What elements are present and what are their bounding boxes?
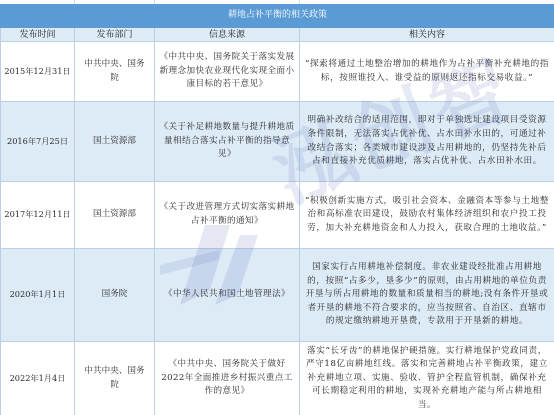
policy-table-sheet: 耕地占补平衡的相关政策 发布时间 发布部门 信息来源 相关内容 2015年12月… xyxy=(0,0,554,415)
cell-content: “积极创新实施方式，吸引社会资本、金融资本等参与土地整治和高标准农田建设，鼓励农… xyxy=(300,182,554,249)
table-row: 2017年12月11日 国土资源部 《关于改进管理方式切实落实耕地占补平衡的通知… xyxy=(1,182,554,249)
cell-source: 《中共中央、国务院关于做好2022年全面推进乡村振兴重点工作的意见》 xyxy=(155,342,300,415)
table-title: 耕地占补平衡的相关政策 xyxy=(1,5,554,28)
cell-date: 2022年1月4日 xyxy=(1,342,75,415)
table-row: 2022年1月4日 中共中央、国务院 《中共中央、国务院关于做好2022年全面推… xyxy=(1,342,554,415)
table-title-row: 耕地占补平衡的相关政策 xyxy=(1,5,554,28)
column-header-date: 发布时间 xyxy=(1,28,75,42)
cell-department: 中共中央、国务院 xyxy=(75,42,155,102)
cell-source: 《关于改进管理方式切实落实耕地占补平衡的通知》 xyxy=(155,182,300,249)
cell-date: 2020年1月1日 xyxy=(1,249,75,342)
table-row: 2016年7月25日 国土资源部 《关于补足耕地数量与提升耕地质量相结合落实占补… xyxy=(1,102,554,182)
column-header-department: 发布部门 xyxy=(75,28,155,42)
table-row: 2015年12月31日 中共中央、国务院 《中共中央、国务院关于落实发展新理念加… xyxy=(1,42,554,102)
cell-content: “探索将通过土地整治增加的耕地作为占补平衡补充耕地的指标，按照谁投入、谁受益的原… xyxy=(300,42,554,102)
cell-date: 2015年12月31日 xyxy=(1,42,75,102)
cell-content: 落实“长牙齿”的耕地保护硬措施。实行耕地保护党政同责，严守18亿亩耕地红线。落实… xyxy=(300,342,554,415)
cell-department: 国土资源部 xyxy=(75,182,155,249)
cell-content: 明确补改结合的适用范围，即对于单独选址建设项目受资源条件限制，无法落实占优补优、… xyxy=(300,102,554,182)
cell-content: 国家实行占用耕地补偿制度。非农业建设经批准占用耕地的，按照“占多少，垦多少”的原… xyxy=(300,249,554,342)
cell-department: 中共中央、国务院 xyxy=(75,342,155,415)
cell-date: 2016年7月25日 xyxy=(1,102,75,182)
column-header-content: 相关内容 xyxy=(300,28,554,42)
table-row: 2020年1月1日 国务院 《中华人民共和国土地管理法》 国家实行占用耕地补偿制… xyxy=(1,249,554,342)
cell-department: 国务院 xyxy=(75,249,155,342)
table-header-row: 发布时间 发布部门 信息来源 相关内容 xyxy=(1,28,554,42)
policy-table: 耕地占补平衡的相关政策 发布时间 发布部门 信息来源 相关内容 2015年12月… xyxy=(0,4,554,415)
cell-source: 《中华人民共和国土地管理法》 xyxy=(155,249,300,342)
cell-date: 2017年12月11日 xyxy=(1,182,75,249)
cell-department: 国土资源部 xyxy=(75,102,155,182)
column-header-source: 信息来源 xyxy=(155,28,300,42)
cell-source: 《中共中央、国务院关于落实发展新理念加快农业现代化实现全面小康目标的若干意见》 xyxy=(155,42,300,102)
cell-source: 《关于补足耕地数量与提升耕地质量相结合落实占补平衡的指导意见》 xyxy=(155,102,300,182)
